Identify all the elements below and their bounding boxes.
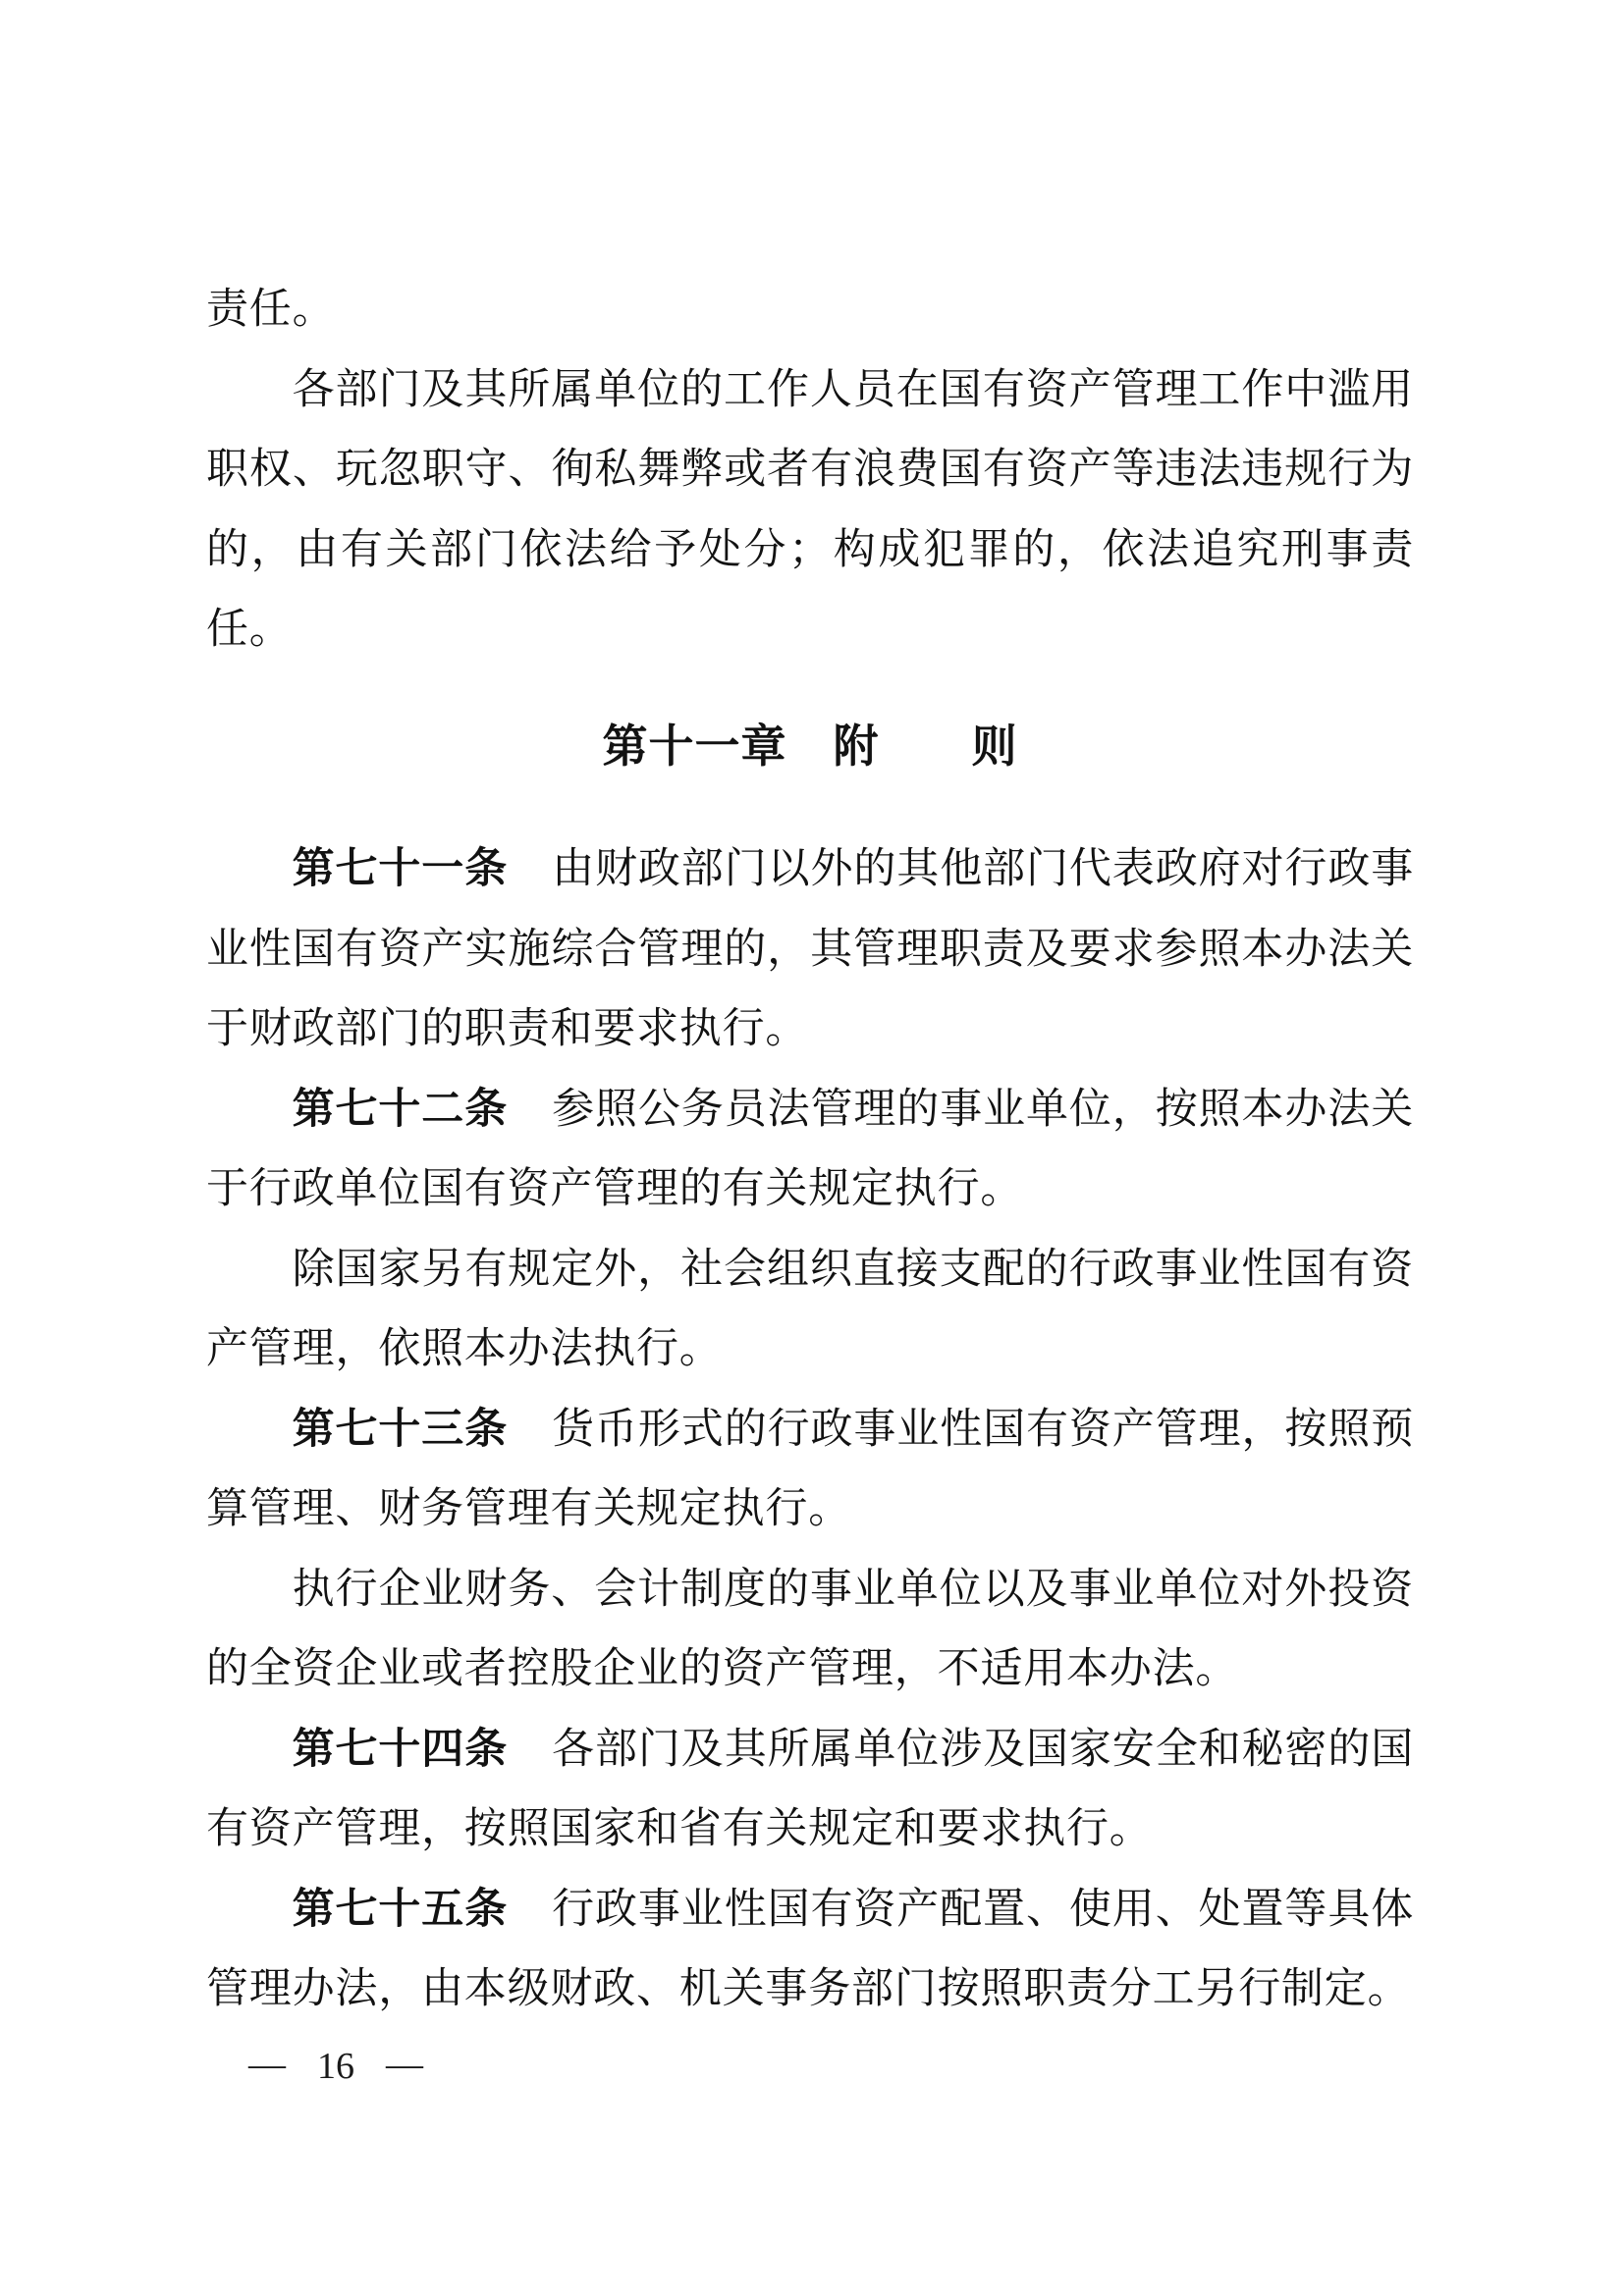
article-74-number: 第七十四条 [293,1726,509,1773]
article-71: 第七十一条由财政部门以外的其他部门代表政府对行政事业性国有资产实施综合管理的，其… [206,829,1414,1070]
footer-left-dash: — [248,2045,286,2084]
article-72-additional-paragraph: 除国家另有规定外，社会组织直接支配的行政事业性国有资产管理，依照本办法执行。 [206,1230,1414,1390]
article-75: 第七十五条行政事业性国有资产配置、使用、处置等具体管理办法，由本级财政、机关事务… [206,1870,1414,2030]
footer-right-dash: — [386,2045,423,2084]
article-73: 第七十三条货币形式的行政事业性国有资产管理，按照预算管理、财务管理有关规定执行。 [206,1390,1414,1550]
chapter-11-heading: 第十一章 附 则 [206,707,1414,787]
article-74: 第七十四条各部门及其所属单位涉及国家安全和秘密的国有资产管理，按照国家和省有关规… [206,1710,1414,1870]
document-page: 责任。 各部门及其所属单位的工作人员在国有资产管理工作中滥用职权、玩忽职守、徇私… [0,0,1624,2296]
article-72-number: 第七十二条 [293,1086,509,1133]
paragraph-penalty: 各部门及其所属单位的工作人员在国有资产管理工作中滥用职权、玩忽职守、徇私舞弊或者… [206,350,1414,670]
article-72: 第七十二条参照公务员法管理的事业单位，按照本办法关于行政单位国有资产管理的有关规… [206,1070,1414,1230]
article-73-additional-paragraph: 执行企业财务、会计制度的事业单位以及事业单位对外投资的全资企业或者控股企业的资产… [206,1550,1414,1710]
paragraph-continuation: 责任。 [206,270,1414,350]
page-footer: — 16 — [248,2047,1414,2086]
article-75-number: 第七十五条 [293,1886,509,1933]
footer-page-number: 16 [317,2047,354,2086]
article-71-number: 第七十一条 [293,845,509,892]
article-73-number: 第七十三条 [293,1406,509,1453]
